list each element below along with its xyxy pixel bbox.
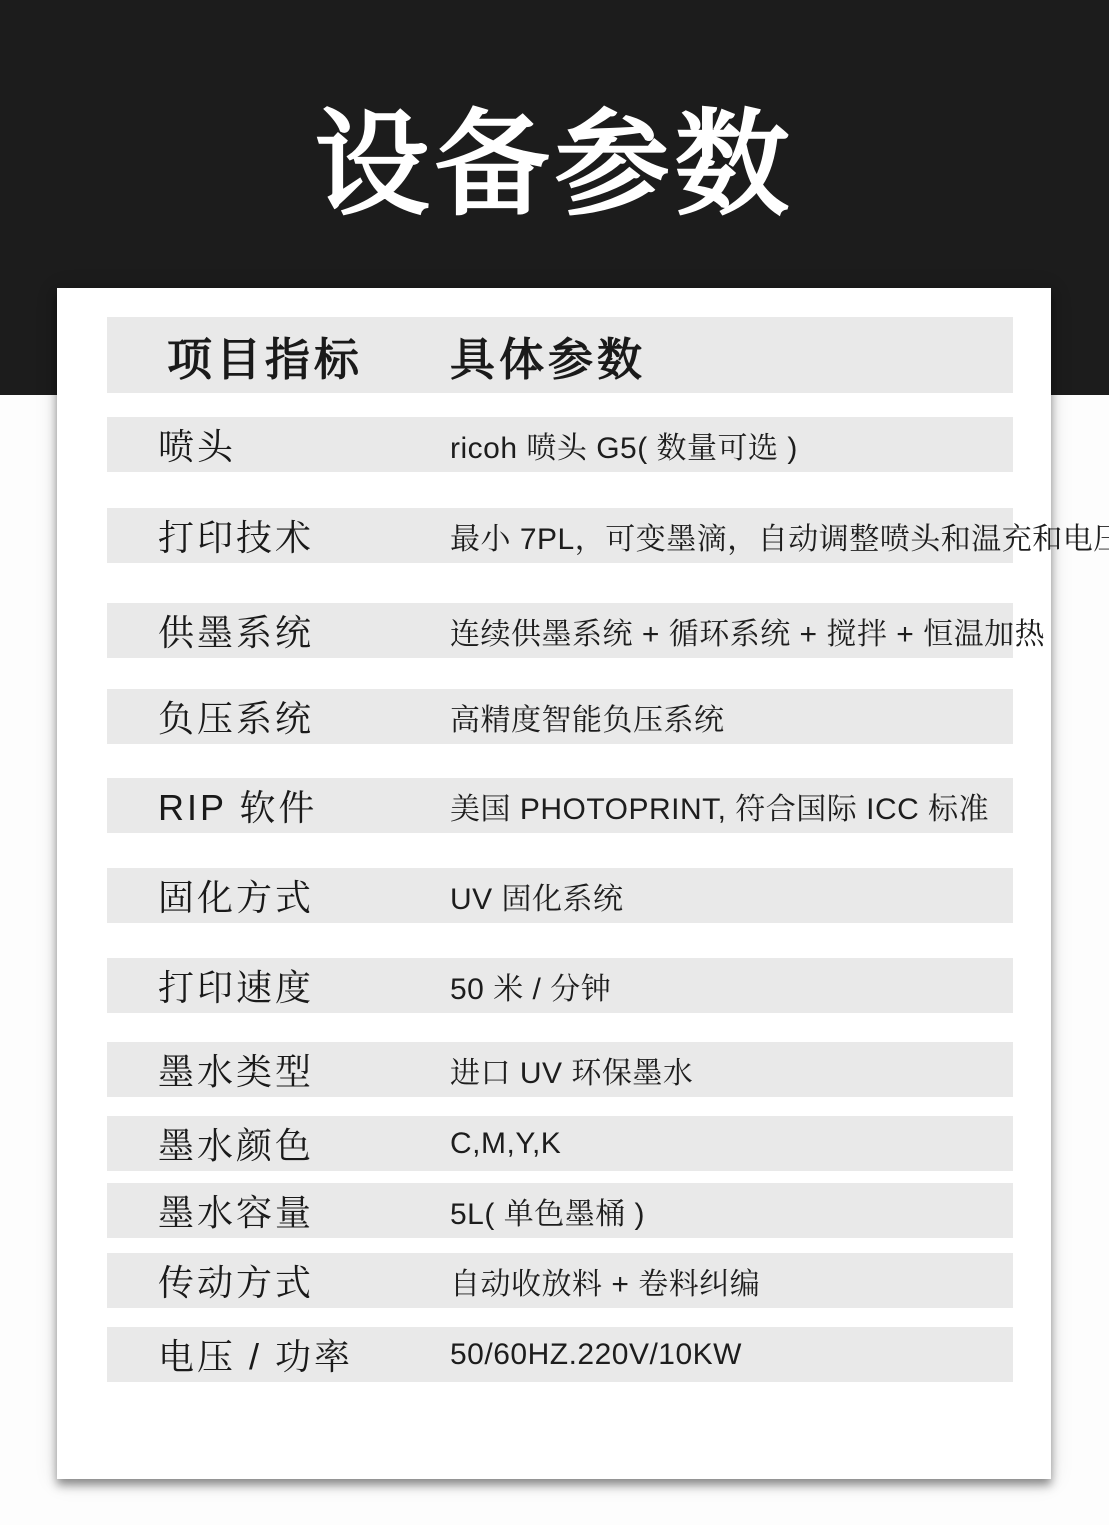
spec-row-printhead: 喷头 ricoh 喷头 G5( 数量可选 ): [107, 417, 1013, 472]
table-header-row: 项目指标 具体参数: [107, 317, 1013, 393]
spec-row-curing-method: 固化方式 UV 固化系统: [107, 868, 1013, 923]
spec-value: C,M,Y,K: [450, 1127, 1013, 1161]
spec-label: 固化方式: [158, 870, 450, 921]
spec-label: 墨水颜色: [158, 1118, 450, 1169]
spec-label: 电压 / 功率: [158, 1329, 450, 1380]
spec-label: 喷头: [158, 419, 450, 470]
spec-label: 打印技术: [158, 510, 450, 561]
spec-row-print-technology: 打印技术 最小 7PL，可变墨滴，自动调整喷头和温充和电压: [107, 508, 1013, 563]
spec-row-print-speed: 打印速度 50 米 / 分钟: [107, 958, 1013, 1013]
spec-value: 自动收放料 + 卷料纠编: [450, 1259, 1013, 1303]
spec-row-voltage-power: 电压 / 功率 50/60HZ.220V/10KW: [107, 1327, 1013, 1382]
poster-screen: 设备参数 项目指标 具体参数 喷头 ricoh 喷头 G5( 数量可选 ) 打印…: [0, 0, 1109, 1525]
spec-label: 墨水类型: [158, 1044, 450, 1095]
spec-value: 美国 PHOTOPRINT, 符合国际 ICC 标准: [450, 784, 1013, 828]
spec-value: 50/60HZ.220V/10KW: [450, 1338, 1013, 1372]
header-col-parameter: 具体参数: [450, 323, 1013, 388]
spec-row-ink-type: 墨水类型 进口 UV 环保墨水: [107, 1042, 1013, 1097]
spec-row-ink-capacity: 墨水容量 5L( 单色墨桶 ): [107, 1183, 1013, 1238]
spec-value: 高精度智能负压系统: [450, 695, 1013, 739]
spec-card: 项目指标 具体参数 喷头 ricoh 喷头 G5( 数量可选 ) 打印技术 最小…: [57, 288, 1051, 1479]
spec-row-transmission-method: 传动方式 自动收放料 + 卷料纠编: [107, 1253, 1013, 1308]
spec-value: 最小 7PL，可变墨滴，自动调整喷头和温充和电压: [450, 514, 1109, 558]
spec-label: 打印速度: [158, 960, 450, 1011]
spec-label: 墨水容量: [158, 1185, 450, 1236]
spec-value: 5L( 单色墨桶 ): [450, 1189, 1013, 1233]
spec-value: 进口 UV 环保墨水: [450, 1048, 1013, 1092]
header-col-item: 项目指标: [167, 323, 450, 388]
spec-value: ricoh 喷头 G5( 数量可选 ): [450, 423, 1013, 467]
spec-value: 50 米 / 分钟: [450, 964, 1013, 1008]
spec-label: 负压系统: [158, 691, 450, 742]
spec-label: RIP 软件: [158, 780, 450, 831]
spec-value: UV 固化系统: [450, 874, 1013, 918]
page-title: 设备参数: [0, 90, 1109, 240]
spec-value: 连续供墨系统 + 循环系统 + 搅拌 + 恒温加热: [450, 609, 1045, 653]
spec-label: 供墨系统: [158, 605, 450, 656]
spec-row-rip-software: RIP 软件 美国 PHOTOPRINT, 符合国际 ICC 标准: [107, 778, 1013, 833]
spec-row-ink-colors: 墨水颜色 C,M,Y,K: [107, 1116, 1013, 1171]
spec-label: 传动方式: [158, 1255, 450, 1306]
spec-row-ink-supply-system: 供墨系统 连续供墨系统 + 循环系统 + 搅拌 + 恒温加热: [107, 603, 1013, 658]
spec-row-negative-pressure-system: 负压系统 高精度智能负压系统: [107, 689, 1013, 744]
